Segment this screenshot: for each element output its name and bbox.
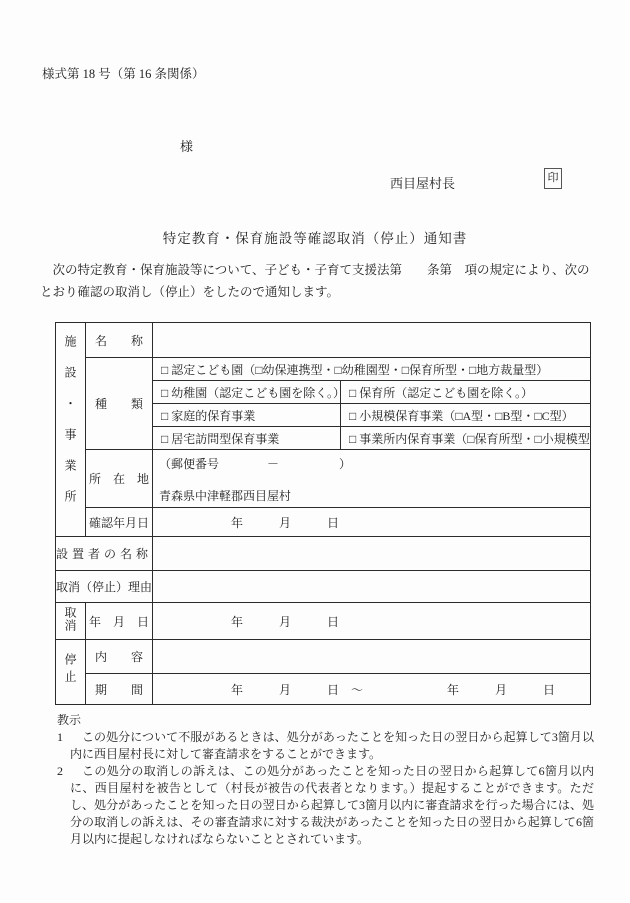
suspend-group-label: 停止 [62,653,79,687]
issuer-title: 西目屋村長 [390,173,455,192]
confirm-date-label: 確認年月日 [86,508,153,537]
facility-group-cell: 施設・事業所 [56,323,86,537]
table-row: 所 在 地 （郵便番号 － ） 青森県中津軽郡西目屋村 [56,450,591,508]
address-label: 所 在 地 [86,450,153,508]
confirm-date-value: 年 月 日 [153,508,591,537]
founder-label: 設置者の名称 [56,537,153,571]
table-row: 取消（停止）理由 [56,571,591,603]
type-option-shokibo: □ 小規模保育事業（□A型・□B型・□C型） [341,404,591,427]
name-label: 名 称 [86,323,153,358]
table-row: 設置者の名称 [56,537,591,571]
body-line-2: とおり確認の取消し（停止）をしたので通知します。 [40,281,600,303]
addressee-honorific: 様 [180,136,193,155]
type-option-kateiteki: □ 家庭的保育事業 [153,404,341,427]
reason-label: 取消（停止）理由 [56,571,153,603]
type-option-hoikusho: □ 保育所（認定こども園を除く。） [341,381,591,404]
table-row: 取消 年 月 日 年 月 日 [56,603,591,640]
type-option-jigyoshonai: □ 事業所内保育事業（□保育所型・□小規模型） [341,427,591,450]
cancel-group-label: 取消 [62,606,79,632]
notice-item-2: 2 この処分の取消しの訴えは、この処分があったことを知った日の翌日から起算して6… [57,763,594,848]
notice-item-text: この処分の取消しの訴えは、この処分があったことを知った日の翌日から起算して6箇月… [70,763,594,848]
reason-value-cell [153,571,591,603]
content-label: 内 容 [86,640,153,674]
table-row: 確認年月日 年 月 日 [56,508,591,537]
facility-group-label: 施設・事業所 [62,335,79,521]
cancel-group-cell: 取消 [56,603,86,640]
notice-item-number: 1 [57,729,63,746]
seal-label: 印 [548,172,559,184]
body-paragraph: 次の特定教育・保育施設等について、子ども・子育て支援法第 条第 項の規定により、… [40,259,600,303]
cancel-date-label: 年 月 日 [86,603,153,640]
type-label: 種 類 [86,358,153,450]
table-row: 施設・事業所 名 称 [56,323,591,358]
notice-item-text: この処分について不服があるときは、処分があったことを知った日の翌日から起算して3… [70,729,594,763]
table-row: 種 類 □ 認定こども園（□幼保連携型・□幼稚園型・□保育所型・□地方裁量型） [56,358,591,381]
notice-item-1: 1 この処分について不服があるときは、処分があったことを知った日の翌日から起算し… [57,729,594,763]
table-row: 期 間 年 月 日 ～ 年 月 日 [56,674,591,705]
type-option-nintei-kodomoen: □ 認定こども園（□幼保連携型・□幼稚園型・□保育所型・□地方裁量型） [153,358,591,381]
period-value: 年 月 日 ～ 年 月 日 [153,674,591,705]
notice-item-number: 2 [57,763,63,780]
name-value-cell [153,323,591,358]
table-row: 停止 内 容 [56,640,591,674]
facility-table: 施設・事業所 名 称 種 類 □ 認定こども園（□幼保連携型・□幼稚園型・□保育… [55,322,591,705]
content-value-cell [153,640,591,674]
form-number: 様式第 18 号（第 16 条関係） [42,64,205,82]
postal-code-line: （郵便番号 － ） [159,455,584,472]
notice-heading: 教示 [57,712,594,729]
body-line-1: 次の特定教育・保育施設等について、子ども・子育て支援法第 条第 項の規定により、… [40,259,600,281]
type-option-youchien: □ 幼稚園（認定こども園を除く。） [153,381,341,404]
period-label: 期 間 [86,674,153,705]
address-value-cell: （郵便番号 － ） 青森県中津軽郡西目屋村 [153,450,591,508]
notice-section: 教示 1 この処分について不服があるときは、処分があったことを知った日の翌日から… [57,712,594,848]
founder-value-cell [153,537,591,571]
address-line: 青森県中津軽郡西目屋村 [159,487,584,504]
type-option-kyotaku: □ 居宅訪問型保育事業 [153,427,341,450]
seal-box: 印 [544,168,562,189]
document-title: 特定教育・保育施設等確認取消（停止）通知書 [0,227,630,247]
suspend-group-cell: 停止 [56,640,86,705]
cancel-date-value: 年 月 日 [153,603,591,640]
document-page: 様式第 18 号（第 16 条関係） 様 西目屋村長 印 特定教育・保育施設等確… [0,0,630,903]
